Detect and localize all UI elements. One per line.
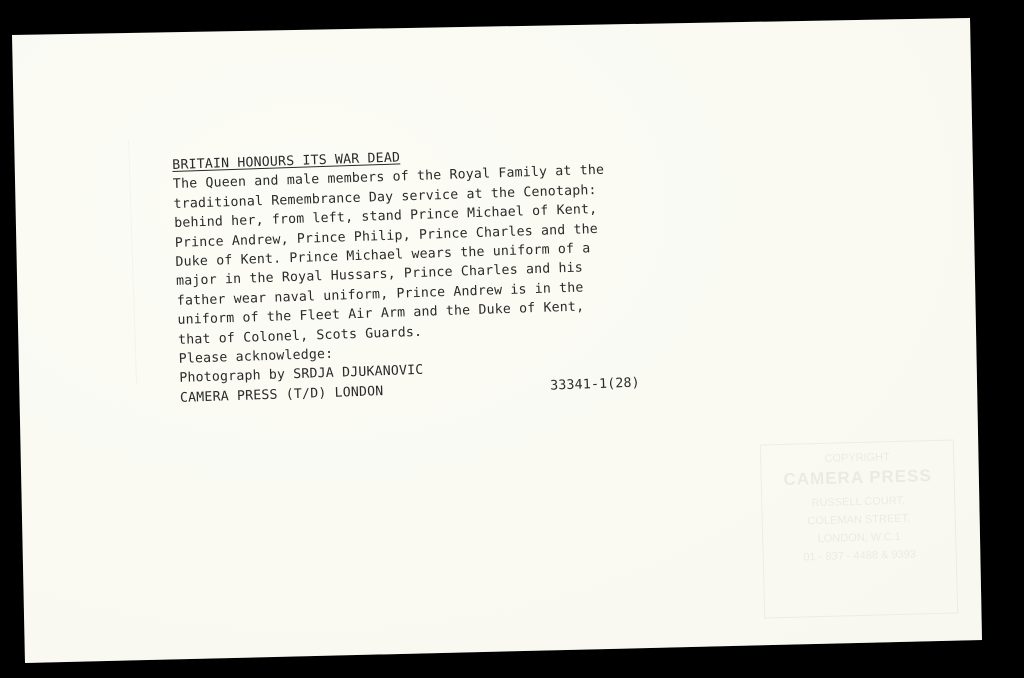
reference-number: 33341-1(28) [550, 373, 640, 395]
caption-block: BRITAIN HONOURS ITS WAR DEAD The Queen a… [172, 137, 740, 408]
stamp-line: 01 - 837 - 4488 & 9393 [764, 544, 956, 567]
stamp-title: CAMERA PRESS [761, 467, 953, 490]
copyright-stamp: COPYRIGHT CAMERA PRESS RUSSELL COURT, CO… [760, 439, 958, 618]
